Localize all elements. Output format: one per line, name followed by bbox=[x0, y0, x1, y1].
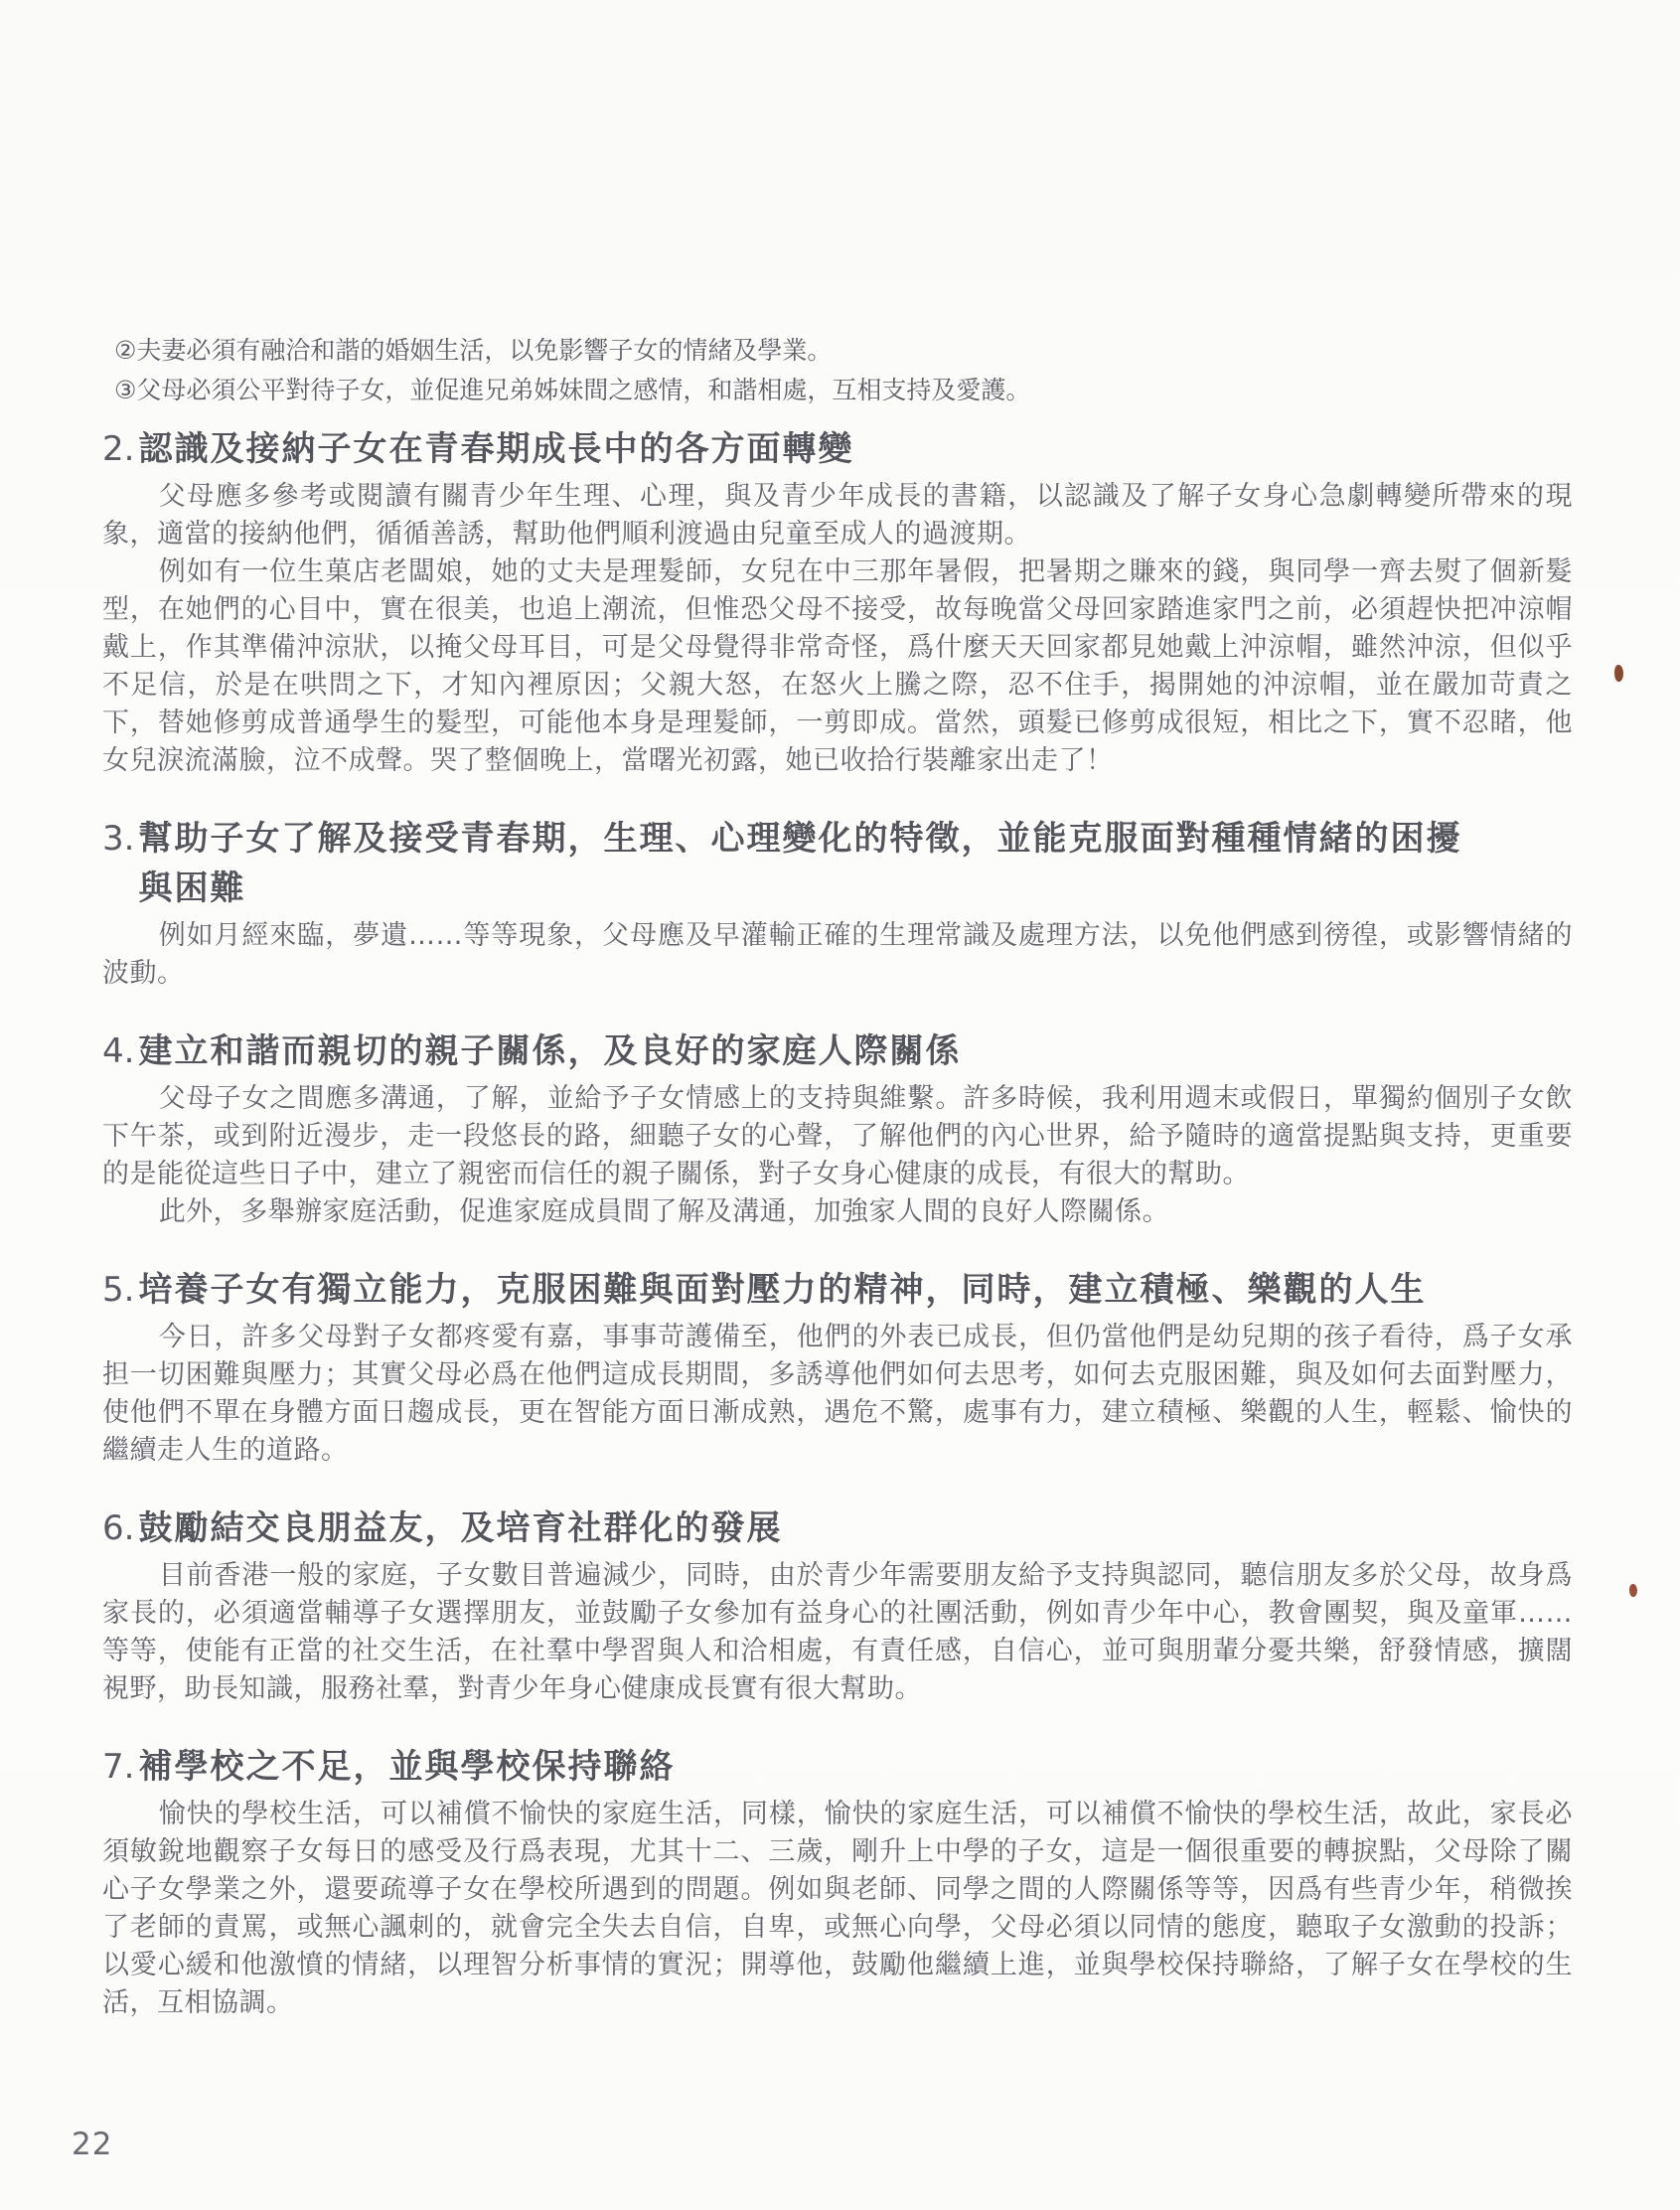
section-4-heading: 4. 建立和諧而親切的親子關係，及良好的家庭人際關係 bbox=[102, 1026, 1573, 1076]
section-5: 5. 培養子女有獨立能力，克服困難與面對壓力的精神，同時，建立積極、樂觀的人生 … bbox=[102, 1265, 1573, 1470]
section-4-paragraph-2: 此外，多舉辦家庭活動，促進家庭成員間了解及溝通，加強家人間的良好人際關係。 bbox=[102, 1193, 1573, 1231]
section-6-title: 鼓勵結交良朋益友，及培育社群化的發展 bbox=[138, 1503, 1573, 1553]
section-5-heading: 5. 培養子女有獨立能力，克服困難與面對壓力的精神，同時，建立積極、樂觀的人生 bbox=[102, 1265, 1573, 1315]
section-7: 7. 補學校之不足，並與學校保持聯絡 愉快的學校生活，可以補償不愉快的家庭生活，… bbox=[102, 1742, 1573, 2022]
section-6-heading: 6. 鼓勵結交良朋益友，及培育社群化的發展 bbox=[102, 1503, 1573, 1553]
section-3-heading: 3. 幫助子女了解及接受青春期，生理、心理變化的特徵，並能克服面對種種情緒的困擾… bbox=[102, 814, 1573, 913]
numbered-sublist: ②夫妻必須有融洽和諧的婚姻生活，以免影響子女的情緒及學業。 ③父母必須公平對待子… bbox=[102, 331, 1573, 410]
section-7-heading: 7. 補學校之不足，並與學校保持聯絡 bbox=[102, 1742, 1573, 1792]
section-3-number: 3. bbox=[102, 814, 138, 864]
section-7-number: 7. bbox=[102, 1742, 138, 1792]
ink-speck-icon bbox=[1629, 1584, 1637, 1597]
section-2-number: 2. bbox=[102, 424, 138, 474]
section-4: 4. 建立和諧而親切的親子關係，及良好的家庭人際關係 父母子女之間應多溝通，了解… bbox=[102, 1026, 1573, 1231]
page-content: ②夫妻必須有融洽和諧的婚姻生活，以免影響子女的情緒及學業。 ③父母必須公平對待子… bbox=[102, 331, 1573, 2022]
section-3-paragraph-1: 例如月經來臨，夢遺……等等現象，父母應及早灌輸正確的生理常識及處理方法，以免他們… bbox=[102, 917, 1573, 993]
section-4-paragraph-1: 父母子女之間應多溝通，了解，並給予子女情感上的支持與維繫。許多時候，我利用週末或… bbox=[102, 1080, 1573, 1193]
section-5-paragraph-1: 今日，許多父母對子女都疼愛有嘉，事事苛護備至，他們的外表已成長，但仍當他們是幼兒… bbox=[102, 1319, 1573, 1470]
section-3: 3. 幫助子女了解及接受青春期，生理、心理變化的特徵，並能克服面對種種情緒的困擾… bbox=[102, 814, 1573, 993]
section-5-title: 培養子女有獨立能力，克服困難與面對壓力的精神，同時，建立積極、樂觀的人生 bbox=[138, 1265, 1573, 1315]
section-4-title: 建立和諧而親切的親子關係，及良好的家庭人際關係 bbox=[138, 1026, 1573, 1076]
sublist-item-2: ②夫妻必須有融洽和諧的婚姻生活，以免影響子女的情緒及學業。 bbox=[114, 331, 1573, 371]
page-number: 22 bbox=[72, 2127, 112, 2162]
section-2-paragraph-1: 父母應多參考或閱讀有關青少年生理、心理，與及青少年成長的書籍，以認識及了解子女身… bbox=[102, 478, 1573, 553]
section-6-paragraph-1: 目前香港一般的家庭，子女數目普遍減少，同時，由於青少年需要朋友給予支持與認同，聽… bbox=[102, 1557, 1573, 1708]
section-2-paragraph-2: 例如有一位生菓店老闆娘，她的丈夫是理髮師，女兒在中三那年暑假，把暑期之賺來的錢，… bbox=[102, 553, 1573, 780]
section-5-number: 5. bbox=[102, 1265, 138, 1315]
scanned-document-page: ②夫妻必須有融洽和諧的婚姻生活，以免影響子女的情緒及學業。 ③父母必須公平對待子… bbox=[0, 0, 1680, 2210]
section-6-number: 6. bbox=[102, 1503, 138, 1553]
ink-speck-icon bbox=[1614, 665, 1623, 682]
section-3-title: 幫助子女了解及接受青春期，生理、心理變化的特徵，並能克服面對種種情緒的困擾 與困… bbox=[138, 814, 1573, 913]
section-6: 6. 鼓勵結交良朋益友，及培育社群化的發展 目前香港一般的家庭，子女數目普遍減少… bbox=[102, 1503, 1573, 1708]
sublist-item-3: ③父母必須公平對待子女，並促進兄弟姊妹間之感情，和諧相處，互相支持及愛護。 bbox=[114, 371, 1573, 410]
section-4-number: 4. bbox=[102, 1026, 138, 1076]
section-2-title: 認識及接納子女在青春期成長中的各方面轉變 bbox=[138, 424, 1573, 474]
section-7-title: 補學校之不足，並與學校保持聯絡 bbox=[138, 1742, 1573, 1792]
section-2: 2. 認識及接納子女在青春期成長中的各方面轉變 父母應多參考或閱讀有關青少年生理… bbox=[102, 424, 1573, 780]
section-7-paragraph-1: 愉快的學校生活，可以補償不愉快的家庭生活，同樣，愉快的家庭生活，可以補償不愉快的… bbox=[102, 1796, 1573, 2022]
section-2-heading: 2. 認識及接納子女在青春期成長中的各方面轉變 bbox=[102, 424, 1573, 474]
